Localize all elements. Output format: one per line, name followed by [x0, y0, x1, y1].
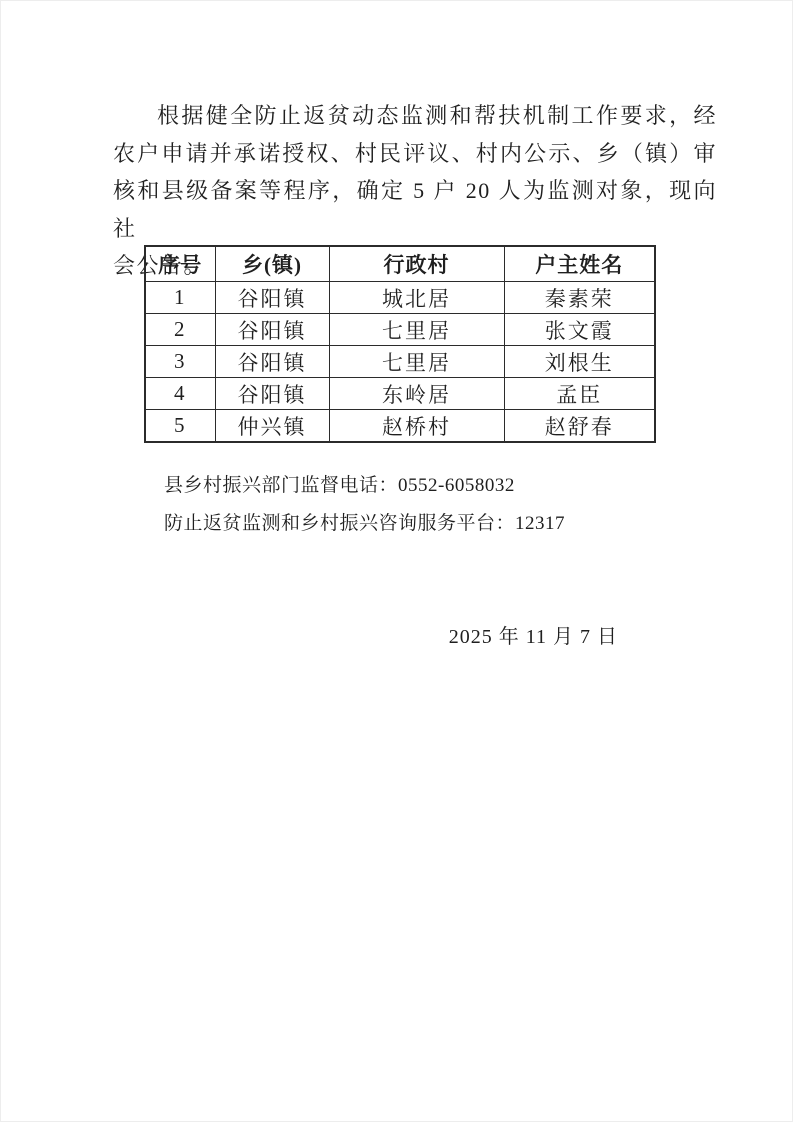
cell-township: 谷阳镇	[215, 346, 329, 378]
header-household-head: 户主姓名	[504, 246, 655, 282]
header-serial-number: 序号	[145, 246, 215, 282]
table-row: 1 谷阳镇 城北居 秦素荣	[145, 282, 655, 314]
cell-village: 东岭居	[329, 378, 504, 410]
cell-township: 谷阳镇	[215, 282, 329, 314]
cell-serial: 2	[145, 314, 215, 346]
service-platform-number: 12317	[515, 513, 565, 534]
cell-village: 七里居	[329, 346, 504, 378]
cell-township: 谷阳镇	[215, 378, 329, 410]
monitoring-targets-table: 序号 乡(镇) 行政村 户主姓名 1 谷阳镇 城北居 秦素荣 2 谷阳镇 七里居…	[144, 245, 656, 443]
cell-township: 仲兴镇	[215, 410, 329, 443]
cell-household-head: 赵舒春	[504, 410, 655, 443]
cell-serial: 4	[145, 378, 215, 410]
cell-serial: 3	[145, 346, 215, 378]
header-village: 行政村	[329, 246, 504, 282]
cell-serial: 1	[145, 282, 215, 314]
header-township: 乡(镇)	[215, 246, 329, 282]
table-row: 3 谷阳镇 七里居 刘根生	[145, 346, 655, 378]
document-date: 2025 年 11 月 7 日	[1, 619, 793, 657]
cell-household-head: 秦素荣	[504, 282, 655, 314]
paragraph-line-2: 农户申请并承诺授权、村民评议、村内公示、乡（镇）审	[113, 135, 717, 173]
cell-village: 七里居	[329, 314, 504, 346]
contact-info-block: 县乡村振兴部门监督电话：0552-6058032 防止返贫监测和乡村振兴咨询服务…	[164, 467, 724, 542]
table-header-row: 序号 乡(镇) 行政村 户主姓名	[145, 246, 655, 282]
service-platform-line: 防止返贫监测和乡村振兴咨询服务平台：12317	[164, 505, 724, 543]
cell-serial: 5	[145, 410, 215, 443]
supervision-phone-number: 0552-6058032	[398, 475, 515, 496]
supervision-phone-label: 县乡村振兴部门监督电话：	[164, 475, 398, 496]
cell-household-head: 刘根生	[504, 346, 655, 378]
table-row: 4 谷阳镇 东岭居 孟臣	[145, 378, 655, 410]
announcement-document-page: 根据健全防止返贫动态监测和帮扶机制工作要求，经 农户申请并承诺授权、村民评议、村…	[0, 0, 793, 1122]
service-platform-label: 防止返贫监测和乡村振兴咨询服务平台：	[164, 513, 515, 534]
cell-household-head: 孟臣	[504, 378, 655, 410]
cell-township: 谷阳镇	[215, 314, 329, 346]
table-row: 2 谷阳镇 七里居 张文霞	[145, 314, 655, 346]
table-row: 5 仲兴镇 赵桥村 赵舒春	[145, 410, 655, 443]
paragraph-line-3: 核和县级备案等程序，确定 5 户 20 人为监测对象，现向社	[113, 172, 717, 247]
cell-village: 赵桥村	[329, 410, 504, 443]
cell-village: 城北居	[329, 282, 504, 314]
paragraph-line-1: 根据健全防止返贫动态监测和帮扶机制工作要求，经	[113, 97, 717, 135]
cell-household-head: 张文霞	[504, 314, 655, 346]
supervision-phone-line: 县乡村振兴部门监督电话：0552-6058032	[164, 467, 724, 505]
